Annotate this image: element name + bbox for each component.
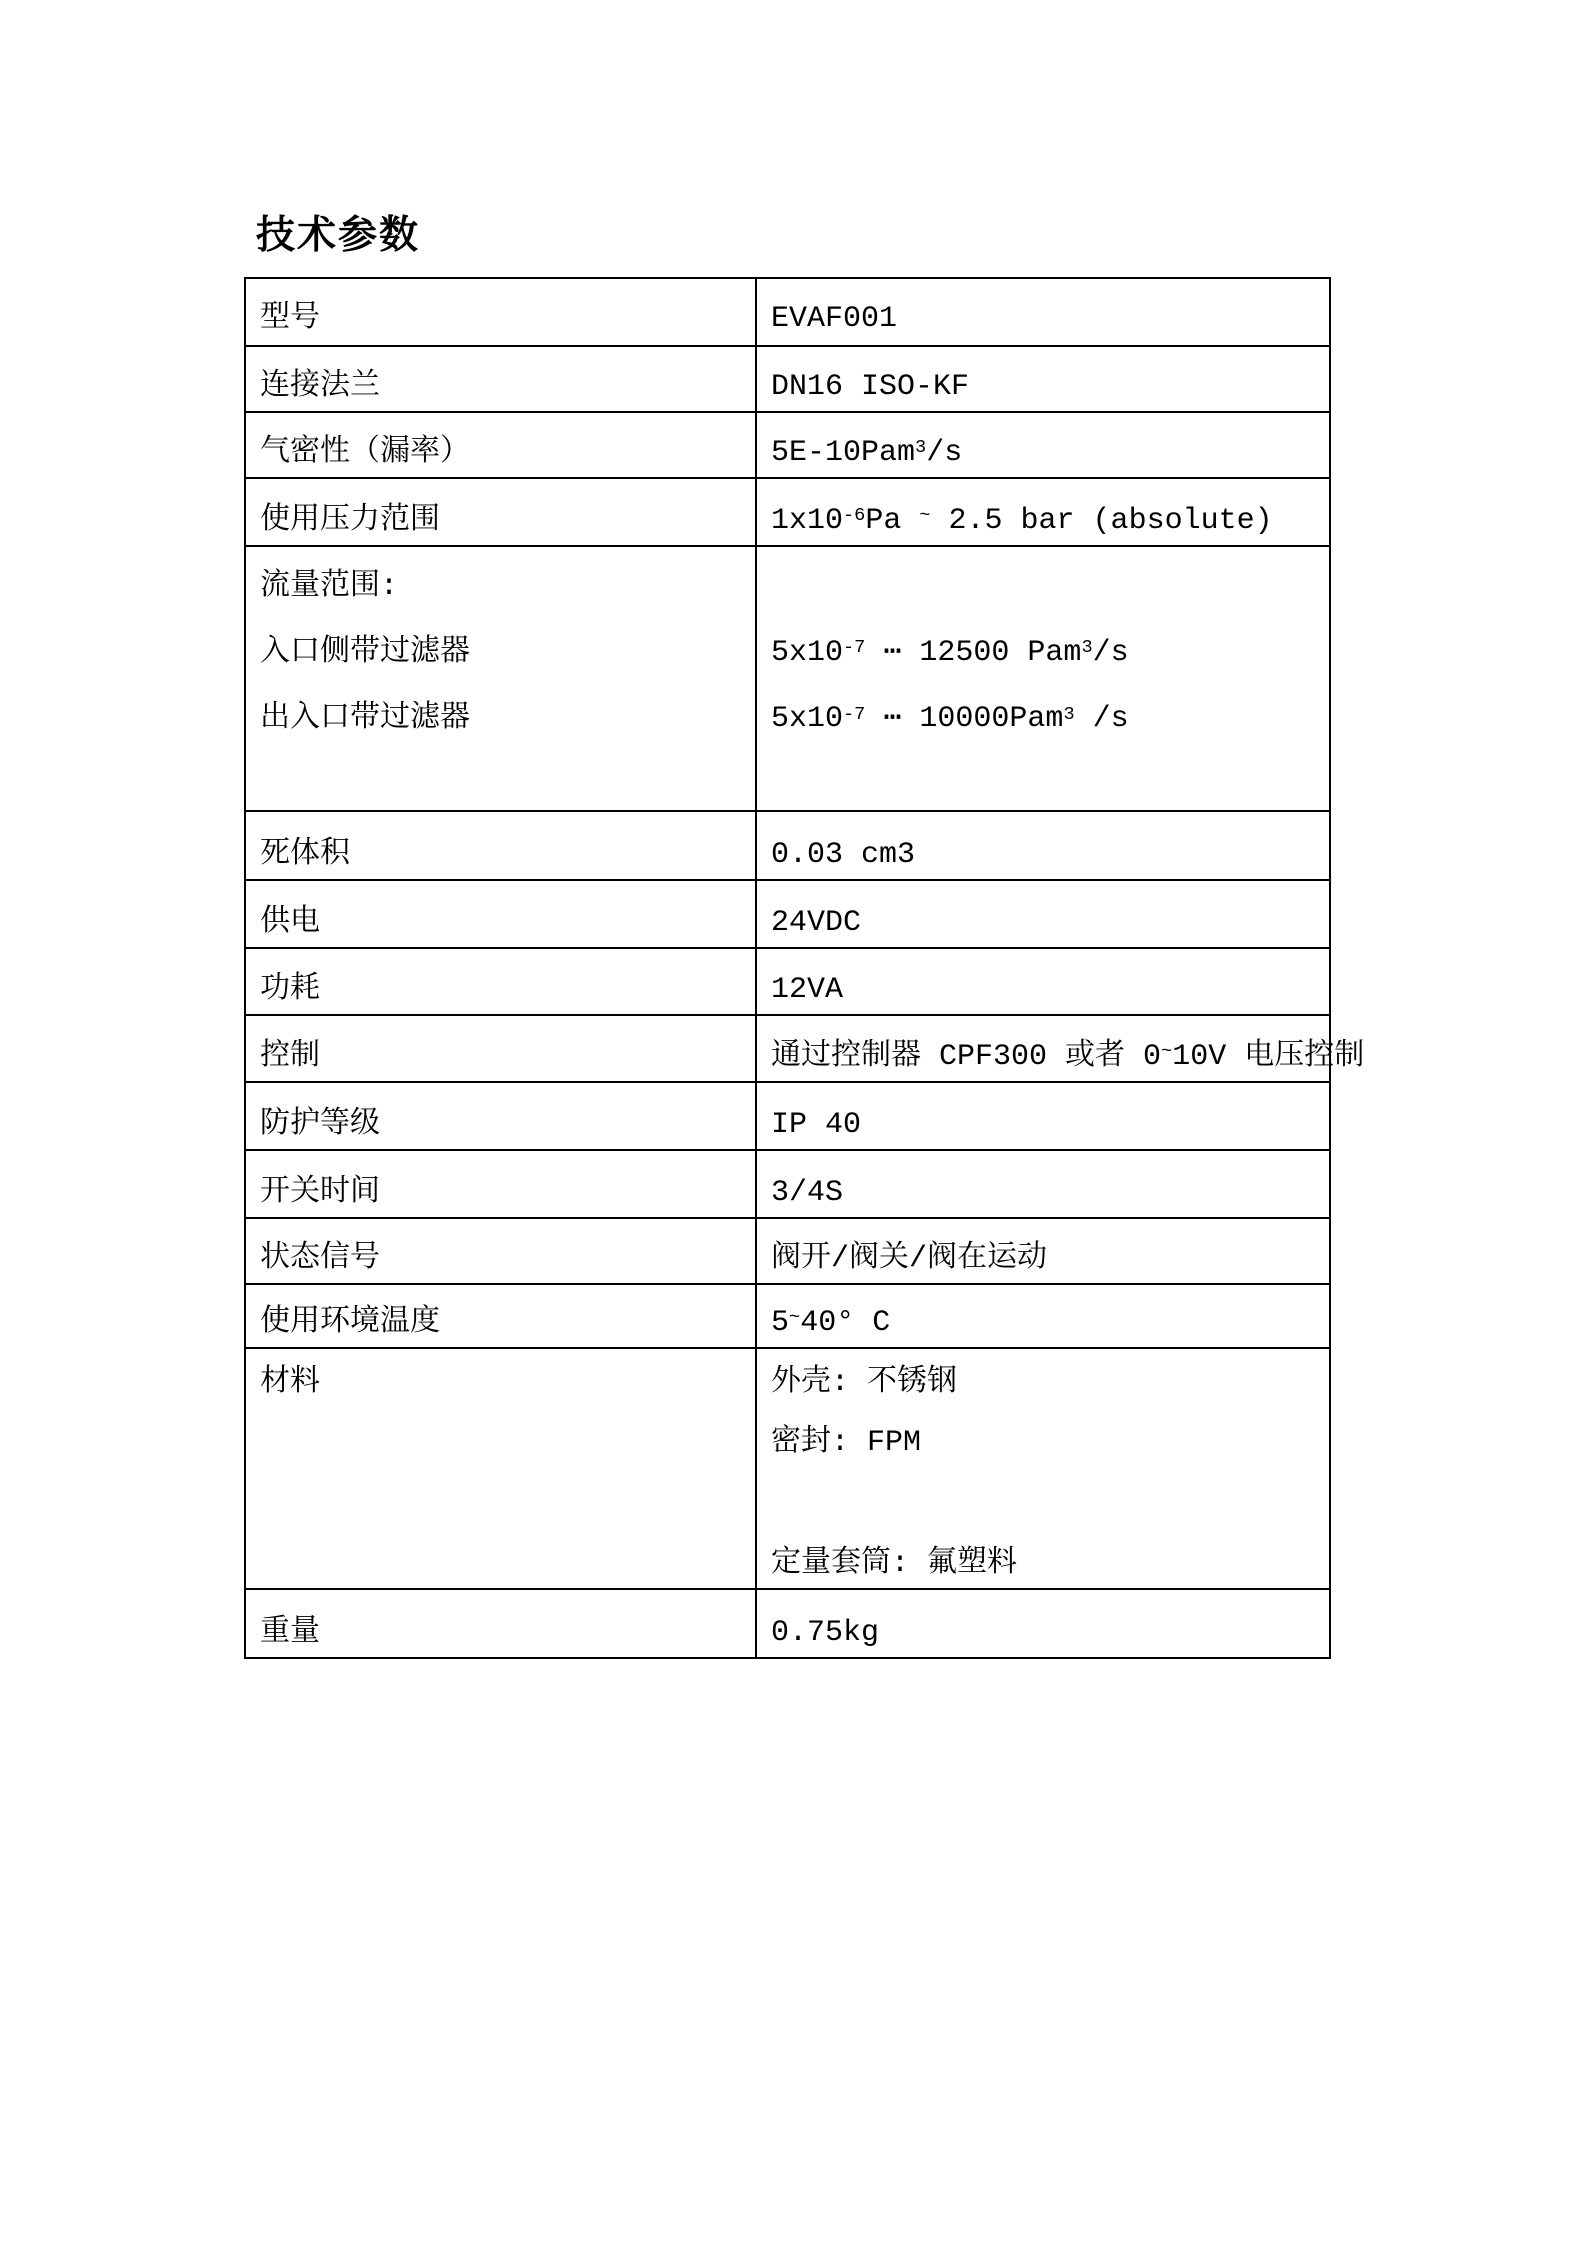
spec-value-cell: 12VA [757, 949, 1329, 1016]
spec-value-cell: 阀开/阀关/阀在运动 [757, 1219, 1329, 1285]
spec-value-cell: 24VDC [757, 881, 1329, 949]
spec-value-cell: 通过控制器 CPF300 或者 0~10V 电压控制 [757, 1016, 1368, 1083]
spec-value-line: 定量套筒: 氟塑料 [757, 1530, 1329, 1590]
text-segment: 入口侧带过滤器 [260, 638, 470, 670]
spec-label-line: 入口侧带过滤器 [246, 613, 755, 679]
spec-value-cell: EVAF001 [757, 279, 1329, 345]
text-segment: 气密性（漏率） [260, 438, 470, 470]
spec-value-line: IP 40 [757, 1083, 1329, 1151]
text-segment: 5x10 [771, 704, 843, 736]
text-segment: Pa [865, 506, 919, 538]
text-segment: 型号 [260, 304, 320, 336]
text-segment: 10V 电压控制 [1172, 1042, 1364, 1074]
superscript: -7 [843, 706, 865, 725]
superscript: -7 [843, 639, 865, 658]
spec-value-line: 密封: FPM [757, 1409, 1329, 1469]
spec-value-cell: 5~40° C [757, 1285, 1329, 1349]
spec-label-line [246, 1409, 755, 1469]
text-segment: 定量套筒: 氟塑料 [771, 1549, 1017, 1581]
table-row-operating-pressure-range: 使用压力范围1x10-6Pa ~ 2.5 bar (absolute) [246, 477, 1329, 545]
spec-label-cell: 重量 [246, 1590, 757, 1659]
spec-label-line: 防护等级 [246, 1083, 755, 1151]
spec-value-line: 1x10-6Pa ~ 2.5 bar (absolute) [757, 479, 1329, 547]
spec-value-line: 阀开/阀关/阀在运动 [757, 1219, 1329, 1285]
spec-label-line: 使用压力范围 [246, 479, 755, 547]
spec-label-cell: 状态信号 [246, 1219, 757, 1285]
spec-label-line: 控制 [246, 1016, 755, 1083]
table-row-leak-tightness: 气密性（漏率）5E-10Pam3/s [246, 411, 1329, 477]
spec-value-cell: 0.75kg [757, 1590, 1329, 1659]
superscript: 3 [1081, 639, 1092, 658]
text-segment: 5E-10Pam [771, 438, 915, 470]
text-segment: ⋯ 10000Pam [865, 704, 1063, 736]
text-segment: 24VDC [771, 908, 861, 940]
spec-label-line: 连接法兰 [246, 347, 755, 413]
text-segment: 密封: FPM [771, 1428, 921, 1460]
spec-value-line [757, 547, 1329, 613]
text-segment: DN16 ISO-KF [771, 372, 969, 404]
text-segment: 通过控制器 CPF300 或者 0 [771, 1042, 1161, 1074]
spec-label-cell: 气密性（漏率） [246, 413, 757, 479]
spec-value-line: 12VA [757, 949, 1329, 1016]
table-row-power-consumption: 功耗12VA [246, 947, 1329, 1014]
superscript: 3 [1063, 706, 1074, 725]
spec-label-line: 出入口带过滤器 [246, 680, 755, 746]
spec-value-cell: 外壳: 不锈钢密封: FPM定量套筒: 氟塑料 [757, 1349, 1329, 1590]
table-row-ambient-temperature: 使用环境温度5~40° C [246, 1283, 1329, 1347]
spec-value-line [757, 746, 1329, 812]
spec-table: 型号EVAF001连接法兰DN16 ISO-KF气密性（漏率）5E-10Pam3… [244, 277, 1331, 1659]
table-row-status-signal: 状态信号阀开/阀关/阀在运动 [246, 1217, 1329, 1283]
spec-value-cell: 0.03 cm3 [757, 812, 1329, 881]
page-title: 技术参数 [256, 204, 420, 260]
spec-label-cell: 开关时间 [246, 1151, 757, 1219]
spec-label-line: 重量 [246, 1590, 755, 1659]
spec-value-line: 5E-10Pam3/s [757, 413, 1329, 479]
spec-label-line: 供电 [246, 881, 755, 949]
spec-value-line: 0.03 cm3 [757, 812, 1329, 881]
text-segment: 0.03 cm3 [771, 840, 915, 872]
spec-label-line: 气密性（漏率） [246, 413, 755, 479]
spec-value-line: 24VDC [757, 881, 1329, 949]
spec-value-line: 5x10-7 ⋯ 12500 Pam3/s [757, 613, 1329, 679]
spec-label-line [246, 1470, 755, 1530]
text-segment: 5x10 [771, 638, 843, 670]
table-row-model: 型号EVAF001 [246, 279, 1329, 345]
text-segment: 使用压力范围 [260, 506, 440, 538]
text-segment: 供电 [260, 908, 320, 940]
spec-value-line: 外壳: 不锈钢 [757, 1349, 1329, 1409]
spec-label-cell: 供电 [246, 881, 757, 949]
spec-label-line: 材料 [246, 1349, 755, 1409]
text-segment: 开关时间 [260, 1178, 380, 1210]
table-row-switching-time: 开关时间3/4S [246, 1149, 1329, 1217]
text-segment: 流量范围: [260, 572, 398, 604]
spec-value-line: 通过控制器 CPF300 或者 0~10V 电压控制 [757, 1016, 1368, 1083]
spec-value-line: 5x10-7 ⋯ 10000Pam3 /s [757, 680, 1329, 746]
spec-label-cell: 死体积 [246, 812, 757, 881]
text-segment: 12VA [771, 975, 843, 1007]
spec-label-cell: 材料 [246, 1349, 757, 1590]
spec-label-line: 开关时间 [246, 1151, 755, 1219]
spec-label-line [246, 1530, 755, 1590]
spec-value-cell: 1x10-6Pa ~ 2.5 bar (absolute) [757, 479, 1329, 547]
spec-label-line: 状态信号 [246, 1219, 755, 1285]
table-row-connection-flange: 连接法兰DN16 ISO-KF [246, 345, 1329, 411]
table-row-dead-volume: 死体积0.03 cm3 [246, 810, 1329, 879]
table-row-weight: 重量0.75kg [246, 1588, 1329, 1657]
spec-value-line: DN16 ISO-KF [757, 347, 1329, 413]
spec-label-line: 型号 [246, 279, 755, 345]
text-segment: 死体积 [260, 840, 350, 872]
spec-label-line: 流量范围: [246, 547, 755, 613]
spec-label-line: 死体积 [246, 812, 755, 881]
spec-label-cell: 控制 [246, 1016, 757, 1083]
spec-label-cell: 防护等级 [246, 1083, 757, 1151]
text-segment: 2.5 bar (absolute) [931, 506, 1273, 538]
text-segment: 功耗 [260, 975, 320, 1007]
spec-label-line: 使用环境温度 [246, 1285, 755, 1349]
superscript: ~ [919, 507, 930, 526]
text-segment: 材料 [260, 1368, 320, 1400]
spec-value-cell: DN16 ISO-KF [757, 347, 1329, 413]
text-segment: EVAF001 [771, 304, 897, 336]
document-page: 技术参数 型号EVAF001连接法兰DN16 ISO-KF气密性（漏率）5E-1… [0, 0, 1587, 2245]
text-segment: IP 40 [771, 1110, 861, 1142]
spec-label-line [246, 746, 755, 812]
superscript: ~ [789, 1309, 800, 1328]
text-segment: /s [1075, 704, 1129, 736]
text-segment: 5 [771, 1308, 789, 1340]
spec-label-cell: 功耗 [246, 949, 757, 1016]
spec-value-cell: 5E-10Pam3/s [757, 413, 1329, 479]
spec-value-cell: 5x10-7 ⋯ 12500 Pam3/s5x10-7 ⋯ 10000Pam3 … [757, 547, 1329, 812]
spec-value-line: 0.75kg [757, 1590, 1329, 1659]
spec-value-line: 5~40° C [757, 1285, 1329, 1349]
text-segment: 0.75kg [771, 1618, 879, 1650]
table-row-control: 控制通过控制器 CPF300 或者 0~10V 电压控制 [246, 1014, 1329, 1081]
text-segment: 连接法兰 [260, 372, 380, 404]
spec-label-cell: 使用环境温度 [246, 1285, 757, 1349]
text-segment: 出入口带过滤器 [260, 704, 470, 736]
text-segment: 40° C [800, 1308, 890, 1340]
spec-label-cell: 流量范围:入口侧带过滤器出入口带过滤器 [246, 547, 757, 812]
spec-value-cell: IP 40 [757, 1083, 1329, 1151]
table-row-materials: 材料外壳: 不锈钢密封: FPM定量套筒: 氟塑料 [246, 1347, 1329, 1588]
superscript: -6 [843, 507, 865, 526]
spec-value-cell: 3/4S [757, 1151, 1329, 1219]
text-segment: 1x10 [771, 506, 843, 538]
text-segment: 外壳: 不锈钢 [771, 1368, 957, 1400]
text-segment: 控制 [260, 1042, 320, 1074]
text-segment: ⋯ 12500 Pam [865, 638, 1081, 670]
spec-label-cell: 型号 [246, 279, 757, 345]
superscript: 3 [915, 439, 926, 458]
spec-label-cell: 连接法兰 [246, 347, 757, 413]
spec-value-line [757, 1470, 1329, 1530]
spec-value-line: 3/4S [757, 1151, 1329, 1219]
text-segment: 阀开/阀关/阀在运动 [771, 1244, 1047, 1276]
superscript: ~ [1161, 1043, 1172, 1062]
text-segment: 重量 [260, 1618, 320, 1650]
text-segment: 状态信号 [260, 1244, 380, 1276]
text-segment: 防护等级 [260, 1110, 380, 1142]
text-segment: /s [1093, 638, 1129, 670]
text-segment: /s [926, 438, 962, 470]
table-row-power-supply: 供电24VDC [246, 879, 1329, 947]
text-segment: 3/4S [771, 1178, 843, 1210]
spec-value-line: EVAF001 [757, 279, 1329, 345]
table-row-flow-range: 流量范围:入口侧带过滤器出入口带过滤器5x10-7 ⋯ 12500 Pam3/s… [246, 545, 1329, 810]
spec-label-cell: 使用压力范围 [246, 479, 757, 547]
text-segment: 使用环境温度 [260, 1308, 440, 1340]
spec-label-line: 功耗 [246, 949, 755, 1016]
table-row-protection-class: 防护等级IP 40 [246, 1081, 1329, 1149]
